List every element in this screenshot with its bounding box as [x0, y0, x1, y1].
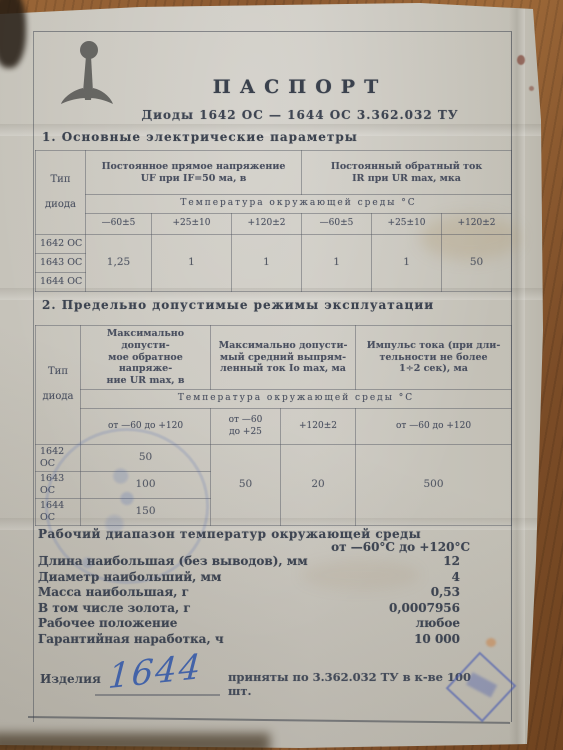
- spec-row: Гарантийная наработка, ч 10 000: [38, 632, 508, 648]
- t2-subcol: от —60 до +120: [356, 409, 512, 445]
- t1-value: 1: [372, 235, 442, 292]
- spec-value: любое: [416, 616, 508, 632]
- t2-value: 150: [81, 498, 211, 525]
- t1-subcol: +25±10: [152, 214, 232, 235]
- t2-rectified-current-header: Максимально допусти- мый средний выпрям-…: [211, 326, 356, 390]
- t1-subcol: +25±10: [372, 214, 442, 235]
- temp-range-label: Рабочий диапазон температур окружающей с…: [38, 527, 508, 541]
- t1-value: 50: [442, 235, 512, 292]
- t1-subcol: —60±5: [86, 214, 152, 235]
- products-label: Изделия: [40, 672, 101, 686]
- passport-document: ПАСПОРТ Диоды 1642 ОС — 1644 ОС 3.362.03…: [0, 0, 563, 750]
- t1-temperature-header: Температура окружающей среды °С: [86, 195, 512, 214]
- photo-bottom-shadow: [0, 733, 270, 750]
- t2-row-label: 1642 ОС: [36, 445, 81, 472]
- t2-type-header: Тип диода: [36, 326, 81, 445]
- spec-row: Длина наибольшая (без выводов), мм 12: [38, 554, 508, 570]
- document-subtitle: Диоды 1642 ОС — 1644 ОС 3.362.032 ТУ: [90, 108, 510, 122]
- spec-value: 0,53: [431, 585, 508, 601]
- section-1-title: 1. Основные электрические параметры: [42, 130, 358, 144]
- spec-label: Диаметр наибольший, мм: [38, 570, 221, 586]
- t1-row-label: 1642 ОС: [36, 235, 86, 254]
- t2-value: 50: [211, 445, 281, 526]
- stain: [529, 86, 534, 91]
- t2-row-label: 1644 ОС: [36, 498, 81, 525]
- spec-label: В том числе золота, г: [38, 601, 191, 617]
- t2-value: 500: [356, 445, 512, 526]
- t2-pulse-current-header: Импульс тока (при дли- тельности не боле…: [356, 326, 512, 390]
- t1-subcol: +120±2: [442, 214, 512, 235]
- t2-temperature-header: Температура окружающей среды °С: [81, 390, 512, 409]
- spec-row: Диаметр наибольший, мм 4: [38, 570, 508, 586]
- spec-value: 12: [443, 554, 508, 570]
- electrical-parameters-table: Тип диода Постоянное прямое напряжение U…: [35, 150, 512, 292]
- spec-label: Масса наибольшая, г: [38, 585, 189, 601]
- spec-label: Рабочее положение: [38, 616, 177, 632]
- t2-value: 20: [281, 445, 356, 526]
- spec-value: 4: [452, 570, 508, 586]
- spec-label: Гарантийная наработка, ч: [38, 632, 224, 648]
- t1-reverse-current-header: Постоянный обратный ток IR при UR max, м…: [302, 151, 512, 195]
- t2-subcol: от —60 до +120: [81, 409, 211, 445]
- t1-value: 1: [152, 235, 232, 292]
- stain: [517, 55, 525, 65]
- t1-subcol: —60±5: [302, 214, 372, 235]
- t1-row-label: 1644 ОС: [36, 273, 86, 292]
- spec-value: 0,0007956: [389, 601, 508, 617]
- operating-limits-table: Тип диода Максимально допусти- мое обрат…: [35, 325, 512, 526]
- specifications-list: Рабочий диапазон температур окружающей с…: [38, 527, 508, 647]
- t2-value: 50: [81, 445, 211, 472]
- t1-subcol: +120±2: [232, 214, 302, 235]
- document-title: ПАСПОРТ: [130, 76, 470, 98]
- t1-value: 1: [232, 235, 302, 292]
- t2-subcol: от —60 до +25: [211, 409, 281, 445]
- spec-label: Длина наибольшая (без выводов), мм: [38, 554, 308, 570]
- section-2-title: 2. Предельно допустимые режимы эксплуата…: [42, 298, 434, 312]
- t2-subcol: +120±2: [281, 409, 356, 445]
- spec-value: 10 000: [414, 632, 508, 648]
- t2-reverse-voltage-header: Максимально допусти- мое обратное напряж…: [81, 326, 211, 390]
- t1-value: 1,25: [86, 235, 152, 292]
- t1-type-header: Тип диода: [36, 151, 86, 235]
- t1-value: 1: [302, 235, 372, 292]
- accepted-text: приняты по 3.362.032 ТУ в к-ве 100 шт.: [228, 670, 478, 698]
- t1-row-label: 1643 ОС: [36, 254, 86, 273]
- temp-range-value: от —60°С до +120°С: [38, 540, 508, 554]
- t2-value: 100: [81, 471, 211, 498]
- spec-row: В том числе золота, г 0,0007956: [38, 601, 508, 617]
- t2-row-label: 1643 ОС: [36, 471, 81, 498]
- spec-row: Масса наибольшая, г 0,53: [38, 585, 508, 601]
- t1-forward-voltage-header: Постоянное прямое напряжение UF при IF=5…: [86, 151, 302, 195]
- spec-row: Рабочее положение любое: [38, 616, 508, 632]
